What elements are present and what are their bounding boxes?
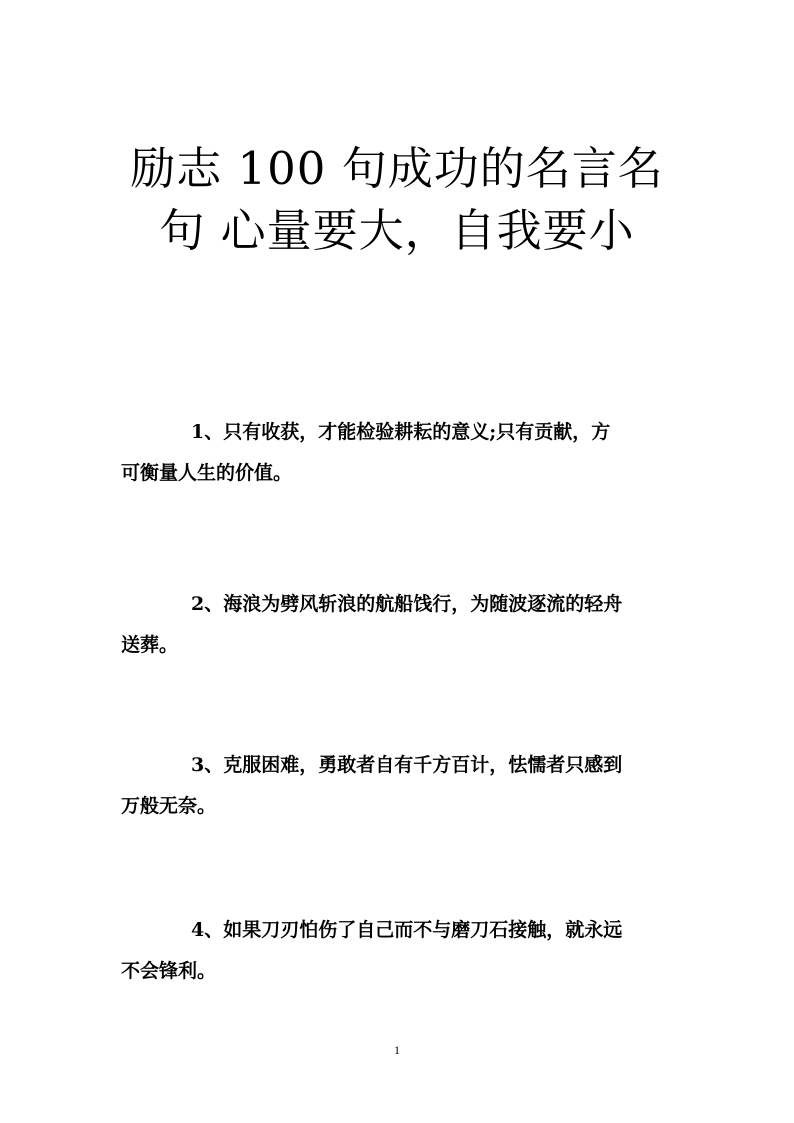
- page-number: 1: [387, 1043, 407, 1058]
- quote-paragraph-4: 4、如果刀刃怕伤了自己而不与磨刀石接触，就永远 不会锋利。: [121, 910, 677, 992]
- quote-2-line-2: 送葬。: [121, 625, 677, 666]
- document-title: 励志 100 句成功的名言名 句 心量要大，自我要小: [100, 138, 694, 262]
- document-page: 励志 100 句成功的名言名 句 心量要大，自我要小 1、只有收获，才能检验耕耘…: [0, 0, 794, 1123]
- title-line-2: 句 心量要大，自我要小: [100, 200, 694, 262]
- quote-1-line-1: 1、只有收获，才能检验耕耘的意义;只有贡献，方: [121, 412, 677, 453]
- quote-4-line-2: 不会锋利。: [121, 951, 677, 992]
- quote-1-line-2: 可衡量人生的价值。: [121, 453, 677, 494]
- quote-2-line-1: 2、海浪为劈风斩浪的航船饯行，为随波逐流的轻舟: [121, 584, 677, 625]
- quote-paragraph-3: 3、克服困难，勇敢者自有千方百计，怯懦者只感到 万般无奈。: [121, 745, 677, 827]
- quote-paragraph-1: 1、只有收获，才能检验耕耘的意义;只有贡献，方 可衡量人生的价值。: [121, 412, 677, 494]
- quote-3-line-2: 万般无奈。: [121, 786, 677, 827]
- quote-4-line-1: 4、如果刀刃怕伤了自己而不与磨刀石接触，就永远: [121, 910, 677, 951]
- title-line-1: 励志 100 句成功的名言名: [100, 138, 694, 200]
- quote-3-line-1: 3、克服困难，勇敢者自有千方百计，怯懦者只感到: [121, 745, 677, 786]
- quote-paragraph-2: 2、海浪为劈风斩浪的航船饯行，为随波逐流的轻舟 送葬。: [121, 584, 677, 666]
